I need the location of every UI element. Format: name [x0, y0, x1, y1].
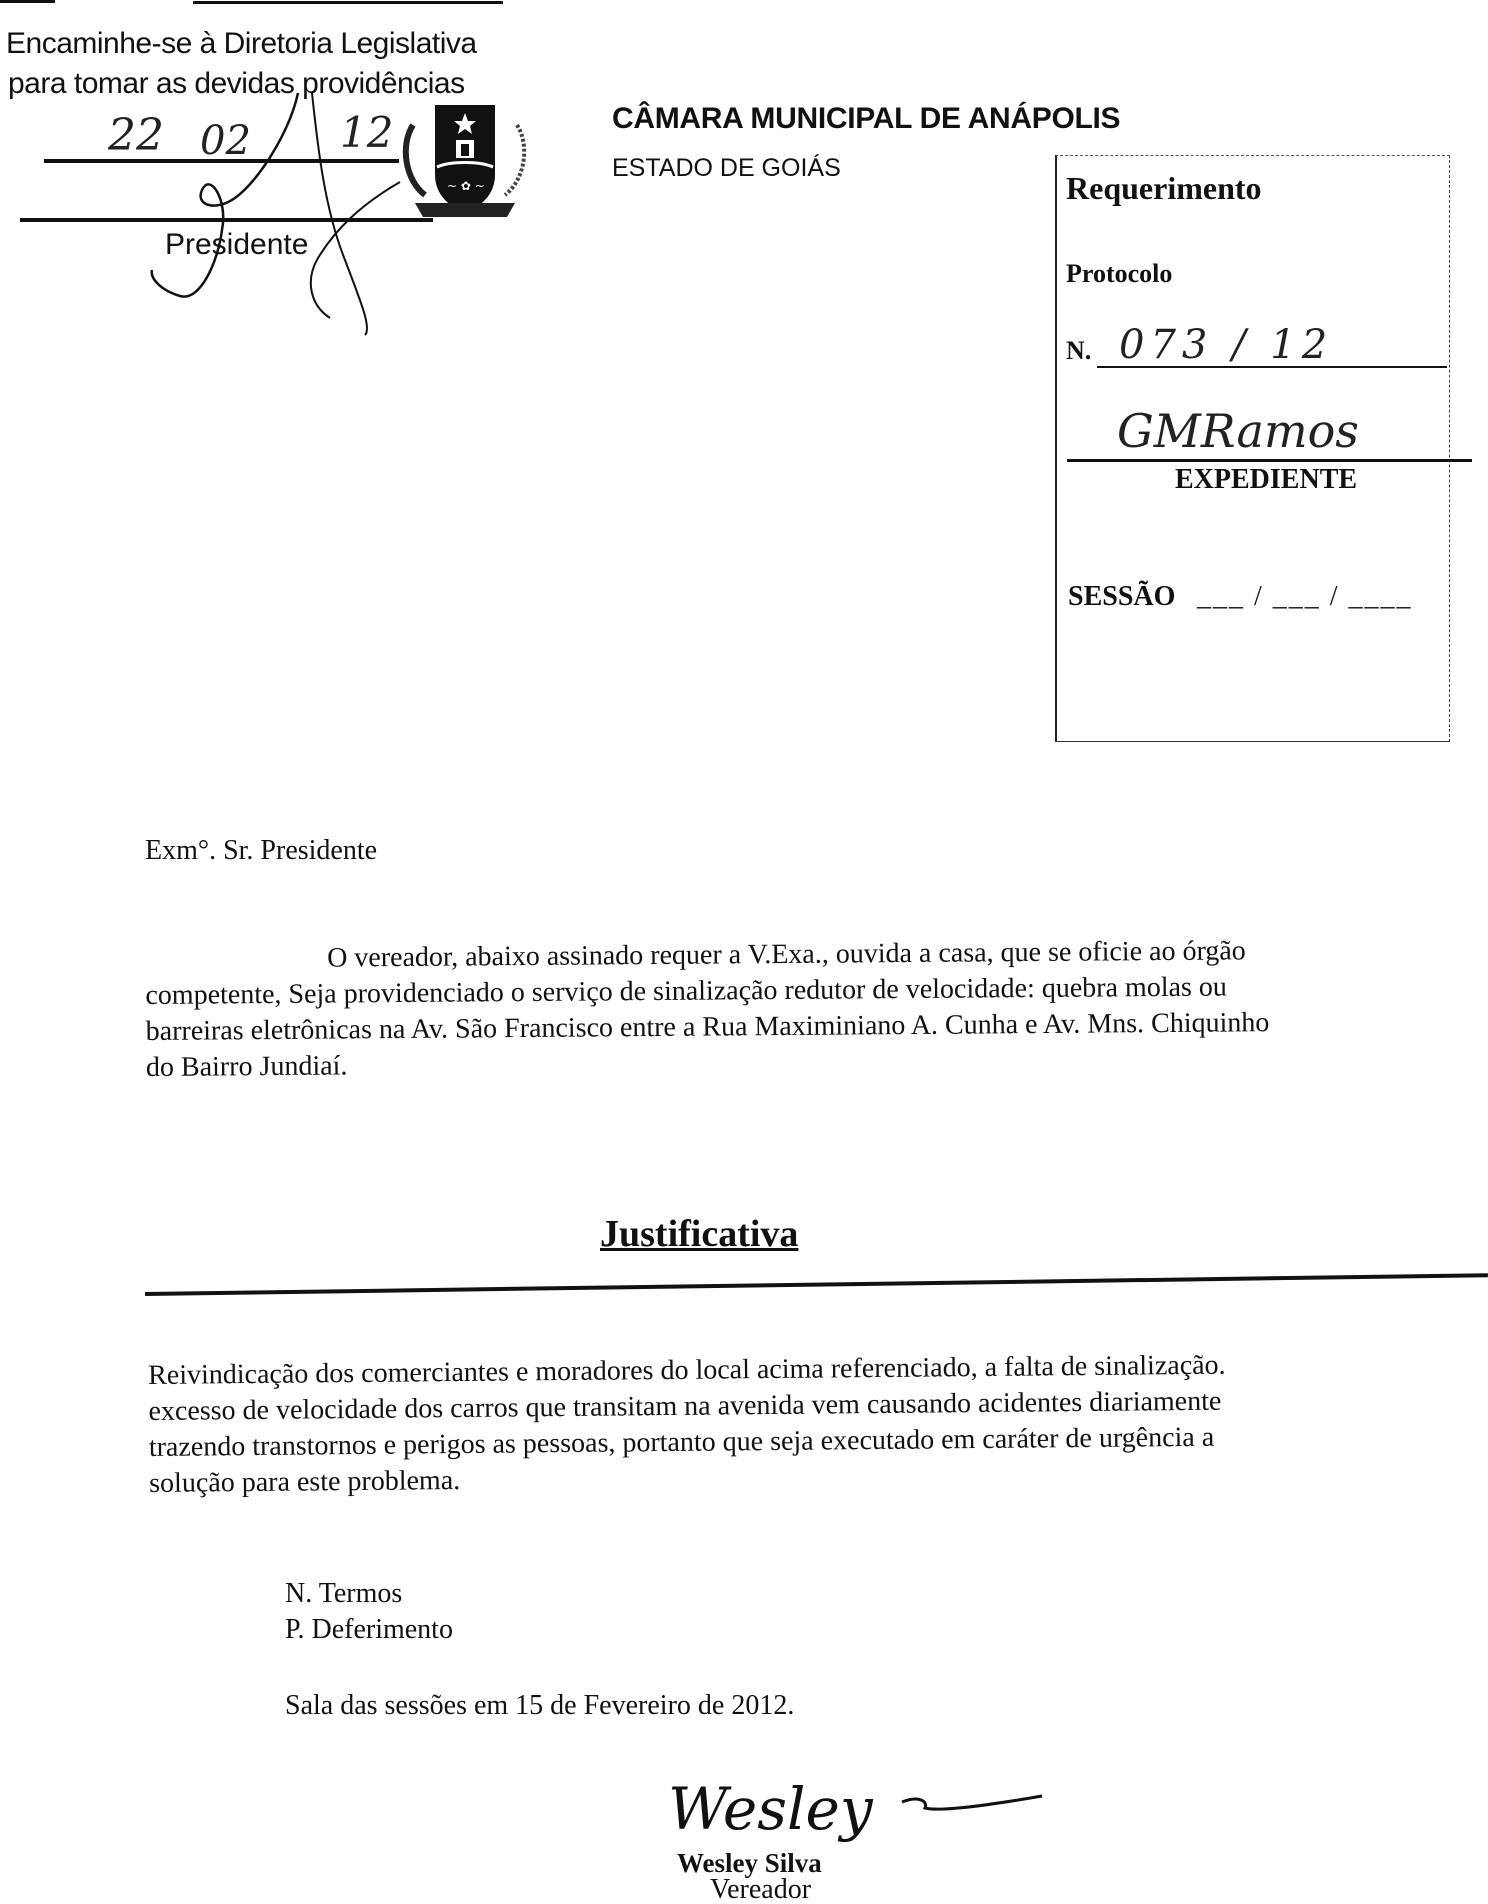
session-date-blank: ___ / ___ / ____	[1197, 581, 1413, 613]
closing-line-1: N. Termos	[285, 1576, 402, 1612]
session-label: SESSÃO	[1068, 581, 1175, 613]
header-title: CÂMARA MUNICIPAL DE ANÁPOLIS	[612, 102, 1120, 136]
expediente-line	[1067, 459, 1472, 462]
request-paragraph: O vereador, abaixo assinado requer a V.E…	[145, 931, 1486, 1086]
coat-of-arms-icon: ~ ✿ ~	[395, 85, 535, 225]
protocol-number-value: 073 / 12	[1119, 322, 1333, 368]
protocol-label: Protocolo	[1066, 259, 1172, 289]
justification-paragraph: Reivindicação dos comerciantes e morador…	[148, 1345, 1488, 1502]
closing-line-2: P. Deferimento	[285, 1612, 453, 1648]
justification-divider	[145, 1273, 1488, 1296]
justification-heading: Justificativa	[600, 1212, 798, 1256]
signature-stroke-icon	[900, 1790, 1050, 1830]
protocol-number-prefix: N.	[1066, 336, 1091, 366]
signer-title: Vereador	[710, 1874, 811, 1904]
protocol-box: Requerimento Protocolo N. 073 / 12 GMRam…	[1055, 155, 1450, 742]
header-subtitle: ESTADO DE GOIÁS	[612, 154, 841, 183]
clerk-signature: GMRamos	[1117, 404, 1359, 458]
signer-signature: Wesley	[668, 1775, 873, 1843]
svg-text:~ ✿ ~: ~ ✿ ~	[447, 179, 485, 193]
protocol-number-line	[1097, 366, 1447, 368]
municipal-crest: ~ ✿ ~	[395, 85, 535, 225]
protocol-box-title: Requerimento	[1066, 170, 1262, 207]
place-date: Sala das sessões em 15 de Fevereiro de 2…	[285, 1688, 794, 1724]
salutation: Exm°. Sr. Presidente	[145, 833, 377, 869]
expediente-label: EXPEDIENTE	[1175, 464, 1357, 496]
